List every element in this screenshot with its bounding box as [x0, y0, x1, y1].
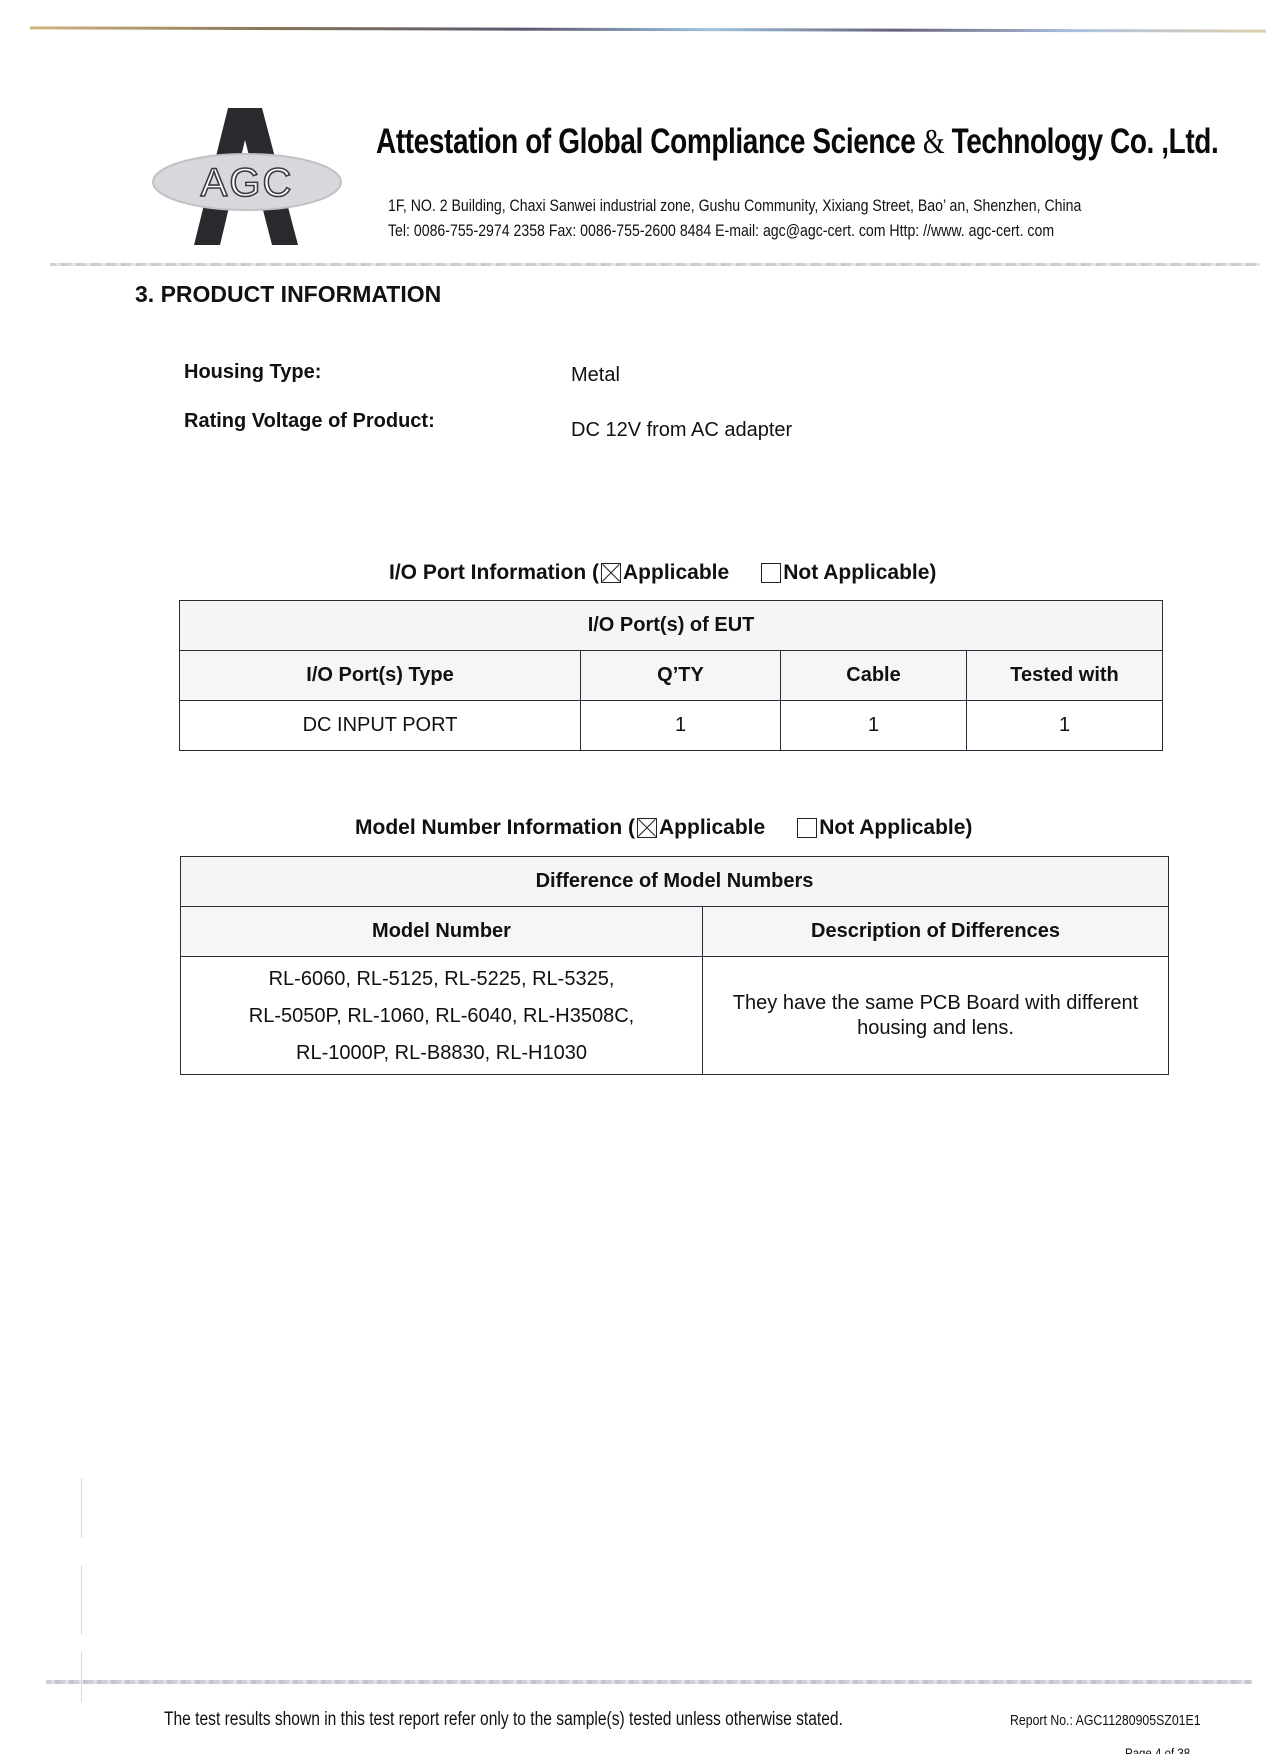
model-not-applicable-checkbox[interactable]	[797, 818, 817, 838]
svg-text:AGC: AGC	[201, 161, 294, 205]
model-number-label: Model Number Information (	[355, 816, 635, 840]
column-header-tested-with: Tested with	[967, 651, 1163, 701]
company-contact: Tel: 0086-755-2974 2358 Fax: 0086-755-26…	[388, 221, 1054, 241]
model-not-applicable-label: Not Applicable)	[819, 816, 972, 840]
column-header-qty: Q’TY	[581, 651, 781, 701]
company-address: 1F, NO. 2 Building, Chaxi Sanwei industr…	[388, 196, 1081, 216]
footer-divider	[46, 1680, 1252, 1684]
margin-mark	[81, 1478, 82, 1538]
company-name-part1: Attestation of Global Compliance Science	[376, 122, 915, 161]
model-applicable-label: Applicable	[659, 816, 765, 840]
rating-voltage-value: DC 12V from AC adapter	[571, 419, 792, 442]
io-applicable-checkbox[interactable]	[601, 563, 621, 583]
column-header-port-type: I/O Port(s) Type	[180, 651, 581, 701]
cell-cable: 1	[781, 701, 967, 751]
margin-mark	[81, 1565, 82, 1635]
rating-voltage-label: Rating Voltage of Product:	[184, 410, 435, 433]
company-name-ampersand: &	[923, 122, 944, 161]
column-header-cable: Cable	[781, 651, 967, 701]
header-divider	[50, 263, 1260, 266]
model-line: RL-1000P, RL-B8830, RL-H1030	[187, 1035, 696, 1072]
io-not-applicable-label: Not Applicable)	[783, 561, 936, 585]
footer-disclaimer: The test results shown in this test repo…	[164, 1709, 843, 1731]
cell-port-type: DC INPUT PORT	[180, 701, 581, 751]
model-applicable-checkbox[interactable]	[637, 818, 657, 838]
model-table-caption: Difference of Model Numbers	[181, 857, 1169, 907]
model-line: RL-5050P, RL-1060, RL-6040, RL-H3508C,	[187, 998, 696, 1035]
io-applicable-label: Applicable	[623, 561, 729, 585]
column-header-description: Description of Differences	[703, 907, 1169, 957]
cell-model-numbers: RL-6060, RL-5125, RL-5225, RL-5325, RL-5…	[181, 957, 703, 1075]
io-port-applicability: I/O Port Information ( Applicable Not Ap…	[389, 561, 936, 585]
margin-mark	[81, 1652, 82, 1702]
model-number-applicability: Model Number Information ( Applicable No…	[355, 816, 972, 840]
model-difference-table: Difference of Model Numbers Model Number…	[180, 856, 1169, 1075]
cell-tested-with: 1	[967, 701, 1163, 751]
housing-type-value: Metal	[571, 364, 620, 387]
io-port-table-caption: I/O Port(s) of EUT	[180, 601, 1163, 651]
agc-logo-icon: AGC	[150, 100, 350, 250]
io-port-label: I/O Port Information (	[389, 561, 599, 585]
company-name: Attestation of Global Compliance Science…	[376, 122, 1218, 162]
cell-qty: 1	[581, 701, 781, 751]
table-row: RL-6060, RL-5125, RL-5225, RL-5325, RL-5…	[181, 957, 1169, 1075]
section-title: 3. PRODUCT INFORMATION	[135, 281, 441, 308]
page-number: Page 4 of 38	[1125, 1740, 1190, 1754]
cell-description: They have the same PCB Board with differ…	[703, 957, 1169, 1075]
company-name-part2: Technology Co. ,Ltd.	[952, 122, 1219, 161]
housing-type-label: Housing Type:	[184, 361, 321, 384]
report-number: Report No.: AGC11280905SZ01E1	[1010, 1712, 1201, 1729]
io-port-table: I/O Port(s) of EUT I/O Port(s) Type Q’TY…	[179, 600, 1163, 751]
top-scan-rule	[30, 26, 1266, 32]
column-header-model-number: Model Number	[181, 907, 703, 957]
table-row: DC INPUT PORT 1 1 1	[180, 701, 1163, 751]
model-line: RL-6060, RL-5125, RL-5225, RL-5325,	[187, 961, 696, 998]
io-not-applicable-checkbox[interactable]	[761, 563, 781, 583]
